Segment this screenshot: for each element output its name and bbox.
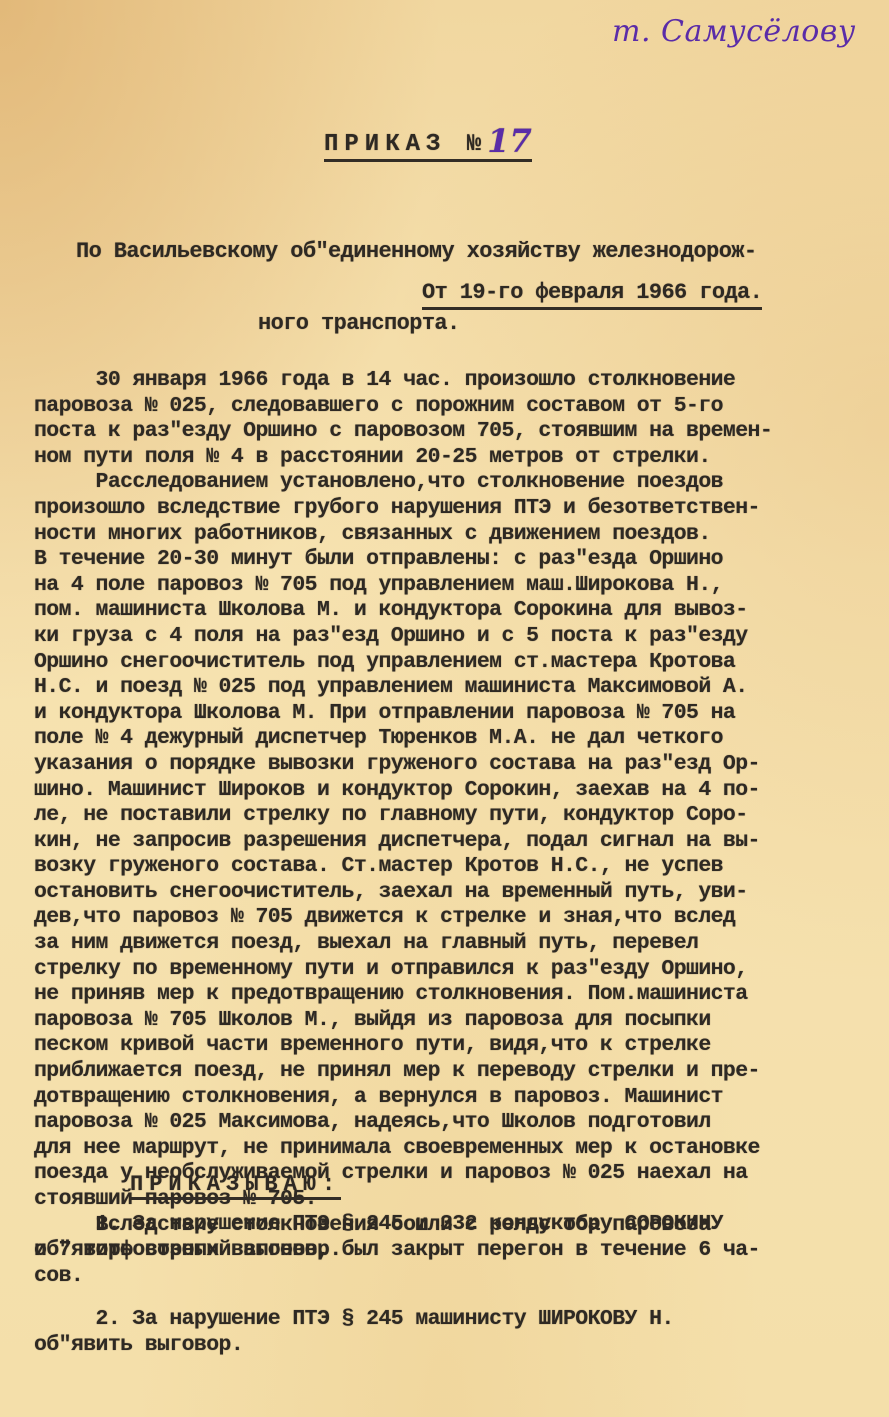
body-line: Оршино снегоочиститель под управлением с… xyxy=(34,650,772,676)
order-heading: ПРИКАЗЫВАЮ: xyxy=(130,1172,341,1200)
body-line: на 4 поле паровоз № 705 под управлением … xyxy=(34,573,772,599)
body-line: паровоза № 025 Максимова, надеясь,что Шк… xyxy=(34,1110,772,1136)
order-item-line: 2. За нарушение ПТЭ § 245 машинисту ШИРО… xyxy=(34,1307,723,1333)
order-item-line: об"явить выговор. xyxy=(34,1333,723,1359)
body-line: В течение 20-30 минут были отправлены: с… xyxy=(34,547,772,573)
body-line: песком кривой части временного пути, вид… xyxy=(34,1033,772,1059)
body-line: за ним движется поезд, выехал на главный… xyxy=(34,931,772,957)
order-items-list: 1. За нарушение ПТЭ § 245 и 332 кондукто… xyxy=(34,1212,723,1402)
body-line: ки груза с 4 поля на раз"езд Оршино и с … xyxy=(34,624,772,650)
body-line: кин, не запросив разрешения диспетчера, … xyxy=(34,829,772,855)
order-date: От 19-го февраля 1966 года. xyxy=(422,280,762,310)
body-line: для нее маршрут, не принимала своевремен… xyxy=(34,1136,772,1162)
body-line: указания о порядке вывозки груженого сос… xyxy=(34,752,772,778)
body-line: Н.С. и поезд № 025 под управлением машин… xyxy=(34,675,772,701)
body-line: Расследованием установлено,что столкнове… xyxy=(34,470,772,496)
body-line: произошло вследствие грубого нарушения П… xyxy=(34,496,772,522)
body-line: приближается поезд, не принял мер к пере… xyxy=(34,1059,772,1085)
body-line: поле № 4 дежурный диспетчер Тюренков М.А… xyxy=(34,726,772,752)
body-line: не приняв мер к предотвращению столкнове… xyxy=(34,982,772,1008)
body-line: стрелку по временному пути и отправился … xyxy=(34,957,772,983)
handwritten-addressee: т. Самусёлову xyxy=(612,14,856,49)
order-body-text: 30 января 1966 года в 14 час. произошло … xyxy=(34,368,772,1289)
body-line: возку груженого состава. Ст.мастер Крото… xyxy=(34,854,772,880)
body-line: ном пути поля № 4 в расстоянии 20-25 мет… xyxy=(34,445,772,471)
order-item: 1. За нарушение ПТЭ § 245 и 332 кондукто… xyxy=(34,1212,723,1263)
order-title: ПРИКАЗ №17 xyxy=(324,120,532,162)
body-line: 30 января 1966 года в 14 час. произошло … xyxy=(34,368,772,394)
body-line: паровоза № 705 Школов М., выйдя из паров… xyxy=(34,1008,772,1034)
body-line: ле, не поставили стрелку по главному пут… xyxy=(34,803,772,829)
body-line: шино. Машинист Широков и кондуктор Сорок… xyxy=(34,778,772,804)
order-item: 2. За нарушение ПТЭ § 245 машинисту ШИРО… xyxy=(34,1307,723,1358)
body-line: дотвращению столкновения, а вернулся в п… xyxy=(34,1085,772,1111)
document-page: т. Самусёлову ПРИКАЗ №17 По Васильевском… xyxy=(0,0,889,1417)
organization-line: По Васильевскому об"единенному хозяйству… xyxy=(76,240,757,264)
body-line: паровоза № 025, следовавшего с порожним … xyxy=(34,394,772,420)
body-line: остановить снегоочиститель, заехал на вр… xyxy=(34,880,772,906)
body-line: пом. машиниста Школова М. и кондуктора С… xyxy=(34,598,772,624)
body-line: ности многих работников, связанных с дви… xyxy=(34,522,772,548)
order-number-handwritten: 17 xyxy=(487,122,532,160)
order-title-prefix: ПРИКАЗ № xyxy=(324,131,487,158)
body-line: поста к раз"езду Оршино с паровозом 705,… xyxy=(34,419,772,445)
order-item-line: об"явить строгий выговор. xyxy=(34,1238,723,1264)
body-line: дев,что паровоз № 705 движется к стрелке… xyxy=(34,905,772,931)
order-item-line: 1. За нарушение ПТЭ § 245 и 332 кондукто… xyxy=(34,1212,723,1238)
organization-line: ного транспорта. xyxy=(76,312,757,336)
body-line: и кондуктора Школова М. При отправлении … xyxy=(34,701,772,727)
